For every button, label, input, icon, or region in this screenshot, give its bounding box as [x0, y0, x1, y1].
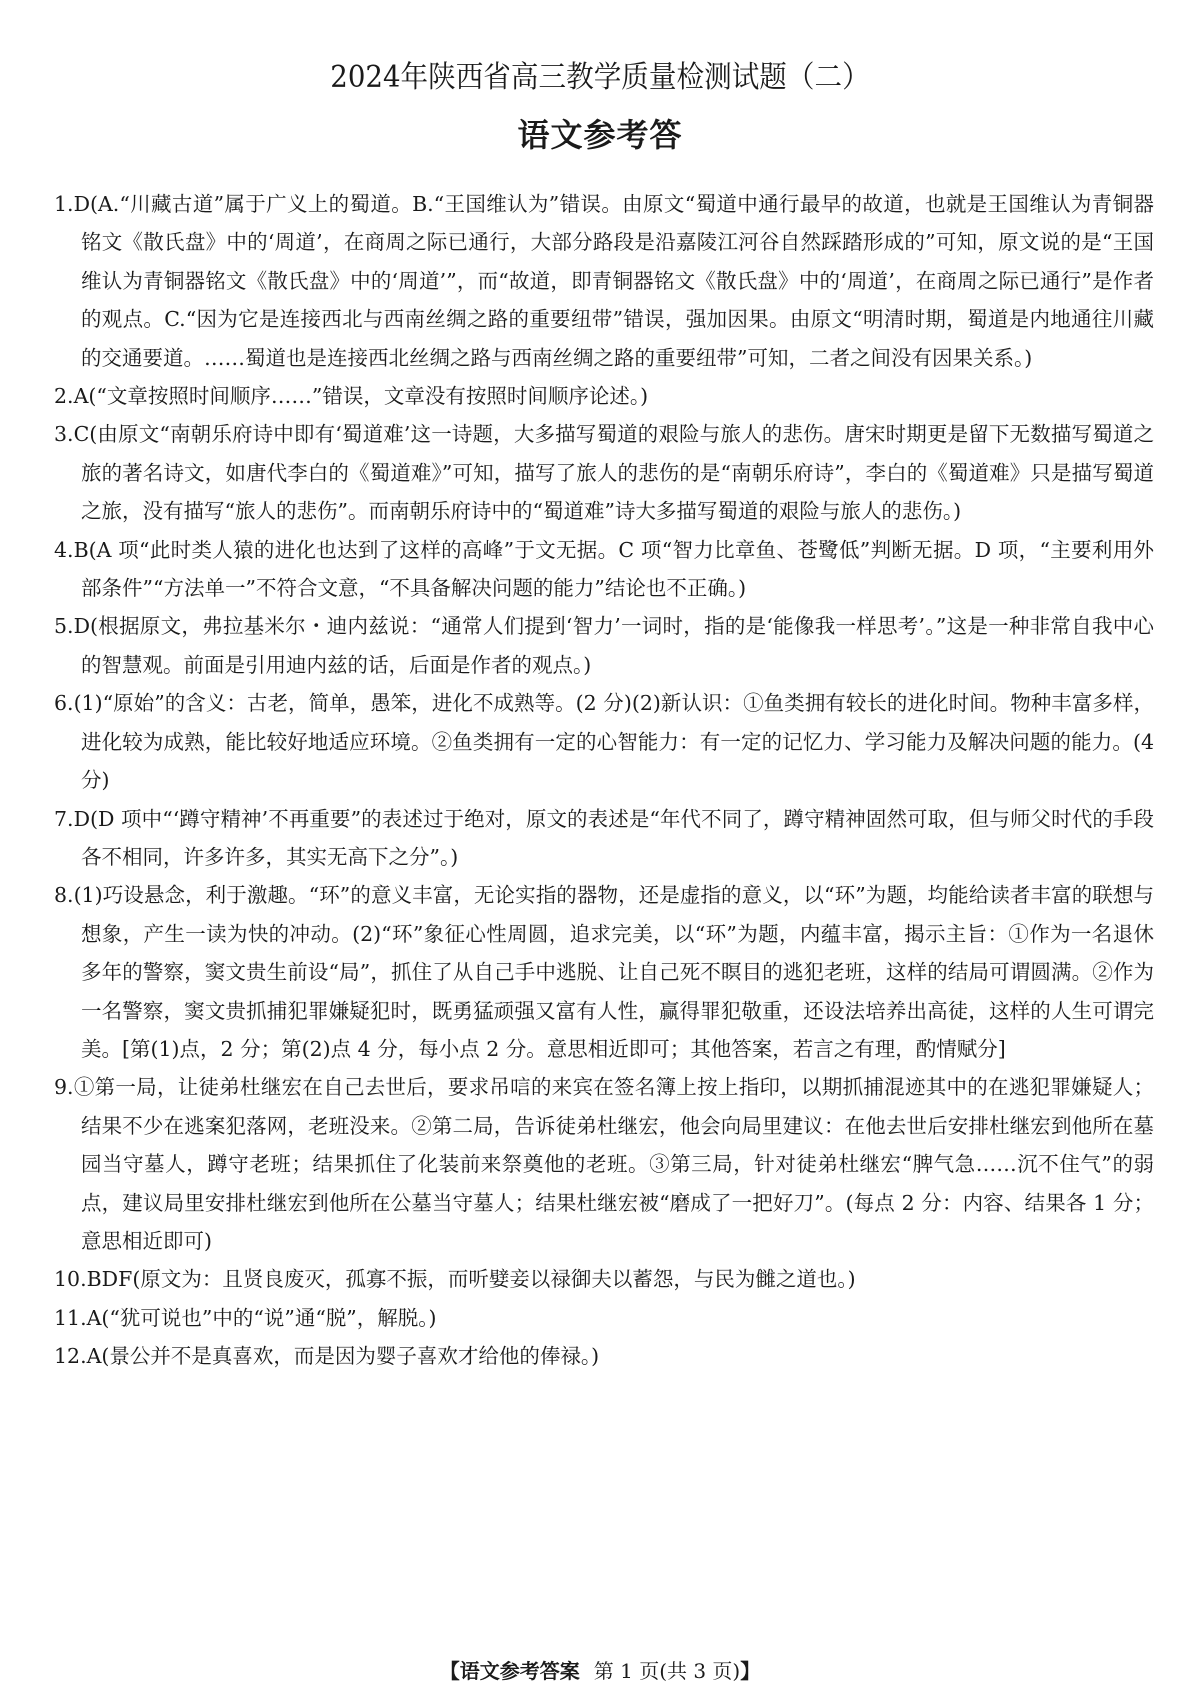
answer-number: 11.: [54, 1306, 87, 1330]
answer-text: (1)巧设悬念，利于激趣。“环”的意义丰富，无论实指的器物，还是虚指的意义，以“…: [74, 883, 1154, 1061]
answer-text: BDF(原文为：且贤良废灭，孤寡不振，而听嬖妾以禄御夫以蓄怨，与民为雠之道也。): [87, 1267, 856, 1291]
answer-text: A(“文章按照时间顺序……”错误，文章没有按照时间顺序论述。): [74, 384, 649, 408]
answer-item-12: 12.A(景公并不是真喜欢，而是因为婴子喜欢才给他的俸禄。): [54, 1337, 1154, 1375]
answer-text: (1)“原始”的含义：古老，简单，愚笨，进化不成熟等。(2 分)(2)新认识：①…: [74, 691, 1154, 792]
answer-number: 10.: [54, 1267, 87, 1291]
footer-right-bracket: 】: [740, 1659, 760, 1683]
document-subtitle: 语文参考答: [0, 110, 1200, 156]
answer-item-3: 3.C(由原文“南朝乐府诗中即有‘蜀道难’这一诗题，大多描写蜀道的艰险与旅人的悲…: [54, 415, 1154, 530]
answer-number: 6.: [54, 691, 74, 715]
answer-item-7: 7.D(D 项中“‘蹲守精神’不再重要”的表述过于绝对，原文的表述是“年代不同了…: [54, 800, 1154, 877]
answer-text: A(景公并不是真喜欢，而是因为婴子喜欢才给他的俸禄。): [87, 1344, 600, 1368]
answer-text: D(D 项中“‘蹲守精神’不再重要”的表述过于绝对，原文的表述是“年代不同了，蹲…: [74, 807, 1154, 869]
answer-number: 4.: [54, 538, 74, 562]
answer-list: 1.D(A.“川藏古道”属于广义上的蜀道。B.“王国维认为”错误。由原文“蜀道中…: [54, 185, 1154, 1376]
answer-item-11: 11.A(“犹可说也”中的“说”通“脱”，解脱。): [54, 1299, 1154, 1337]
answer-number: 8.: [54, 883, 74, 907]
answer-item-1: 1.D(A.“川藏古道”属于广义上的蜀道。B.“王国维认为”错误。由原文“蜀道中…: [54, 185, 1154, 377]
answer-key-page: 2024年陕西省高三教学质量检测试题（二） 语文参考答 1.D(A.“川藏古道”…: [0, 0, 1200, 1706]
page-footer: 【语文参考答案第 1 页(共 3 页)】: [0, 1655, 1200, 1684]
answer-number: 5.: [54, 614, 74, 638]
answer-number: 1.: [54, 192, 74, 216]
footer-page-info: 第 1 页(共 3 页): [594, 1659, 740, 1683]
answer-text: D(A.“川藏古道”属于广义上的蜀道。B.“王国维认为”错误。由原文“蜀道中通行…: [74, 192, 1154, 370]
answer-item-5: 5.D(根据原文，弗拉基米尔・迪内兹说：“通常人们提到‘智力’一词时，指的是‘能…: [54, 607, 1154, 684]
answer-item-8: 8.(1)巧设悬念，利于激趣。“环”的意义丰富，无论实指的器物，还是虚指的意义，…: [54, 876, 1154, 1068]
answer-number: 2.: [54, 384, 74, 408]
answer-item-2: 2.A(“文章按照时间顺序……”错误，文章没有按照时间顺序论述。): [54, 377, 1154, 415]
answer-item-4: 4.B(A 项“此时类人猿的进化也达到了这样的高峰”于文无据。C 项“智力比章鱼…: [54, 531, 1154, 608]
answer-number: 12.: [54, 1344, 87, 1368]
answer-text: A(“犹可说也”中的“说”通“脱”，解脱。): [87, 1306, 437, 1330]
answer-item-9: 9.①第一局，让徒弟杜继宏在自己去世后，要求吊唁的来宾在签名簿上按上指印，以期抓…: [54, 1068, 1154, 1260]
answer-number: 9.: [54, 1075, 74, 1099]
answer-number: 3.: [54, 422, 74, 446]
answer-item-10: 10.BDF(原文为：且贤良废灭，孤寡不振，而听嬖妾以禄御夫以蓄怨，与民为雠之道…: [54, 1260, 1154, 1298]
document-title: 2024年陕西省高三教学质量检测试题（二）: [48, 52, 1152, 96]
answer-number: 7.: [54, 807, 74, 831]
answer-text: B(A 项“此时类人猿的进化也达到了这样的高峰”于文无据。C 项“智力比章鱼、苍…: [74, 538, 1154, 600]
answer-item-6: 6.(1)“原始”的含义：古老，简单，愚笨，进化不成熟等。(2 分)(2)新认识…: [54, 684, 1154, 799]
footer-label: 语文参考答案: [460, 1659, 580, 1683]
answer-text: ①第一局，让徒弟杜继宏在自己去世后，要求吊唁的来宾在签名簿上按上指印，以期抓捕混…: [74, 1075, 1154, 1253]
footer-left-bracket: 【: [440, 1659, 460, 1683]
answer-text: C(由原文“南朝乐府诗中即有‘蜀道难’这一诗题，大多描写蜀道的艰险与旅人的悲伤。…: [74, 422, 1154, 523]
answer-text: D(根据原文，弗拉基米尔・迪内兹说：“通常人们提到‘智力’一词时，指的是‘能像我…: [74, 614, 1154, 676]
